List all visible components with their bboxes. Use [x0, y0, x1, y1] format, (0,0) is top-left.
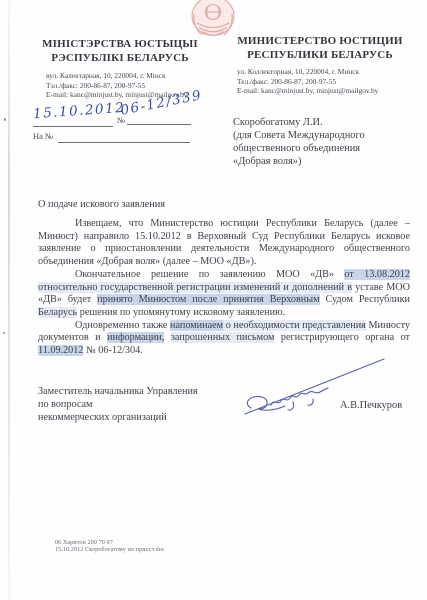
signer-position-line: Заместитель начальника Управления — [38, 385, 198, 398]
body-text-run: № 06-12/304. — [83, 345, 142, 356]
scanned-letter-page: { "colors": { "highlight_strong": "#c8d5… — [0, 0, 427, 600]
addressee-line: Скоробогатому Л.И. — [233, 116, 365, 129]
addressee-line: «Добрая воля») — [233, 155, 365, 168]
body-text-run: относительно государственной регистрации… — [38, 282, 352, 293]
title-line: МІНІСТЭРСТВА ЮСТЫЦЫІ — [28, 38, 212, 52]
addressee-line: общественного объединения — [233, 142, 365, 155]
letterhead-title-belarusian: МІНІСТЭРСТВА ЮСТЫЦЫІ РЭСПУБЛІКІ БЕЛАРУСЬ — [28, 38, 212, 65]
address-line: ул. Коллекторная, 10, 220004, г. Минск — [237, 67, 378, 77]
body-text-run: Окончательное решение по заявлению МОО «… — [75, 269, 344, 280]
signer-position-block: Заместитель начальника Управления по воп… — [38, 385, 198, 424]
scan-speck — [4, 118, 6, 121]
date-underline — [33, 126, 113, 127]
incoming-ref-underline — [58, 142, 190, 143]
title-line: РЕСПУБЛИКИ БЕЛАРУСЬ — [226, 49, 414, 63]
body-paragraphs: Извещаем, что Министерство юстиции Респу… — [38, 218, 410, 358]
handwritten-date: 15.10.2012 — [33, 100, 126, 122]
scan-edge-shadow — [8, 0, 10, 600]
email-line: E-mail: kanc@minjust.by, minjust@mailgov… — [237, 86, 378, 96]
title-line: МИНИСТЕРСТВО ЮСТИЦИИ — [226, 35, 414, 49]
executor-note: 06 Харитон 200 70 97 15.10.2012 Скоробог… — [55, 540, 165, 554]
body-text-run: Беларусь — [38, 307, 77, 318]
body-text-run: напоминаем — [170, 320, 223, 331]
signer-position-line: по вопросам — [38, 398, 198, 411]
incoming-ref-label: На № — [33, 131, 53, 141]
handwritten-signature-icon — [235, 352, 387, 422]
scan-speck — [3, 332, 5, 334]
addressee-block: Скоробогатому Л.И. (для Совета Междунаро… — [233, 116, 365, 168]
body-text-run: от 13.08.2012 — [344, 269, 410, 280]
body-text-run: 11.09.2012 — [38, 345, 83, 356]
body-text-run: регистрирующего органа от — [274, 332, 410, 343]
paragraph: Окончательное решение по заявлению МОО «… — [38, 269, 410, 320]
number-underline — [127, 124, 191, 125]
body-text-run: Судом Республики — [320, 294, 410, 305]
body-text-run: Одновременно также — [75, 320, 170, 331]
body-text-run: принято Минюстом после принятия Верховны… — [97, 294, 319, 305]
letterhead-address-russian: ул. Коллекторная, 10, 220004, г. Минск Т… — [237, 67, 378, 96]
address-line: вул. Калектарная, 10, 220004, г. Мінск — [46, 71, 187, 81]
body-text-run: решения по упомянутому исковому заявлени… — [77, 307, 285, 318]
phone-line: Тел./факс: 200-86-87, 200-97-55 — [237, 77, 378, 87]
number-symbol-label: № — [117, 115, 125, 125]
subject-line: О подаче искового заявления — [38, 199, 165, 210]
signer-name: А.В.Печкуров — [340, 400, 402, 411]
paragraph: Извещаем, что Министерство юстиции Респу… — [38, 218, 410, 269]
body-text-run — [164, 332, 170, 343]
addressee-line: (для Совета Международного — [233, 129, 365, 142]
phone-line: Тэл./факс: 200-86-87, 200-97-55 — [46, 81, 187, 91]
signer-position-line: некоммерческих организаций — [38, 411, 198, 424]
letterhead-title-russian: МИНИСТЕРСТВО ЮСТИЦИИ РЕСПУБЛИКИ БЕЛАРУСЬ — [226, 35, 414, 62]
title-line: РЭСПУБЛІКІ БЕЛАРУСЬ — [28, 52, 212, 66]
body-text-run: информации, — [107, 332, 164, 343]
body-text-run: запрошенных письмом — [171, 332, 275, 343]
body-text-run: Извещаем, что Министерство юстиции Респу… — [38, 218, 410, 267]
executor-line: 15.10.2012 Скоробогатому по приост.doc — [55, 547, 165, 554]
body-text-run: о необходимости представления — [223, 320, 366, 331]
